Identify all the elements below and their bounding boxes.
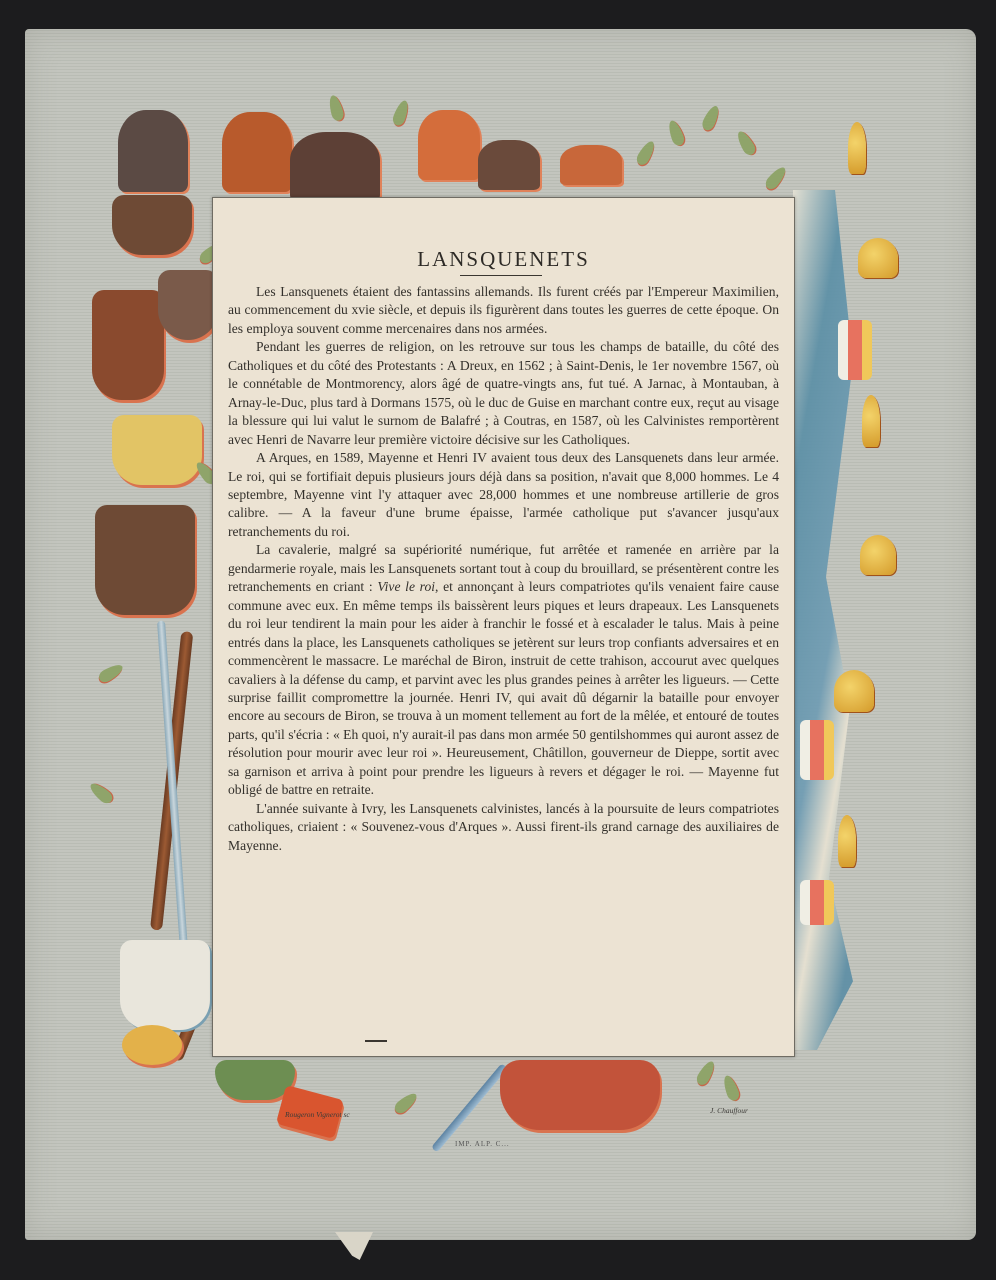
shako-hat-icon <box>478 140 540 190</box>
eagle-finial-icon <box>834 670 874 712</box>
shako-helmet-icon <box>222 112 292 192</box>
flag-finial-spear-icon <box>838 815 856 867</box>
flag-tassel-icon <box>800 880 834 925</box>
forage-cap-icon <box>560 145 622 185</box>
artist-signature: J. Chauffour <box>710 1106 748 1115</box>
eagle-finial-icon <box>858 238 898 278</box>
quote-vive-le-roi: Vive le roi <box>377 579 435 594</box>
paragraph-religious-wars: Pendant les guerres de religion, on les … <box>228 338 779 449</box>
flag-tassel-icon <box>838 320 872 380</box>
flag-finial-spear-icon <box>848 122 866 174</box>
horn-icon <box>122 1025 182 1065</box>
flag-tassel-icon <box>800 720 834 780</box>
end-mark <box>365 1040 387 1042</box>
drum-icon <box>112 195 192 255</box>
eagle-finial-icon <box>860 535 896 575</box>
fur-satchel-icon <box>95 505 195 615</box>
fur-busby-icon <box>290 132 380 202</box>
torn-paper-corner <box>335 1232 373 1260</box>
paragraph-ivry: L'année suivante à Ivry, les Lansquenets… <box>228 800 779 855</box>
paragraph-arques: A Arques, en 1589, Mayenne et Henri IV a… <box>228 449 779 541</box>
red-flag-drape-icon <box>500 1060 660 1130</box>
title-underline <box>460 275 542 276</box>
pouch-icon <box>158 270 218 340</box>
paragraph-origins: Les Lansquenets étaient des fantassins a… <box>228 283 779 338</box>
page-title: LANSQUENETS <box>212 247 795 272</box>
kepi-icon <box>418 110 480 180</box>
text-panel: LANSQUENETS Les Lansquenets étaient des … <box>212 197 795 1057</box>
plumed-helmet-icon <box>112 415 202 485</box>
drum-bottom-icon <box>120 940 210 1030</box>
article-body: Les Lansquenets étaient des fantassins a… <box>228 283 779 855</box>
paragraph-cavalry: La cavalerie, malgré sa supériorité numé… <box>228 541 779 799</box>
printer-imprint: IMP. ALP. C... <box>455 1140 510 1148</box>
engraver-signature: Rougeron Vignerot sc <box>285 1110 350 1119</box>
bicorne-hat-icon <box>118 110 188 192</box>
cape-icon <box>92 290 164 400</box>
paragraph-text: , et annonçant à leurs compatriotes qu'i… <box>228 579 779 797</box>
flag-finial-spear-icon <box>862 395 880 447</box>
